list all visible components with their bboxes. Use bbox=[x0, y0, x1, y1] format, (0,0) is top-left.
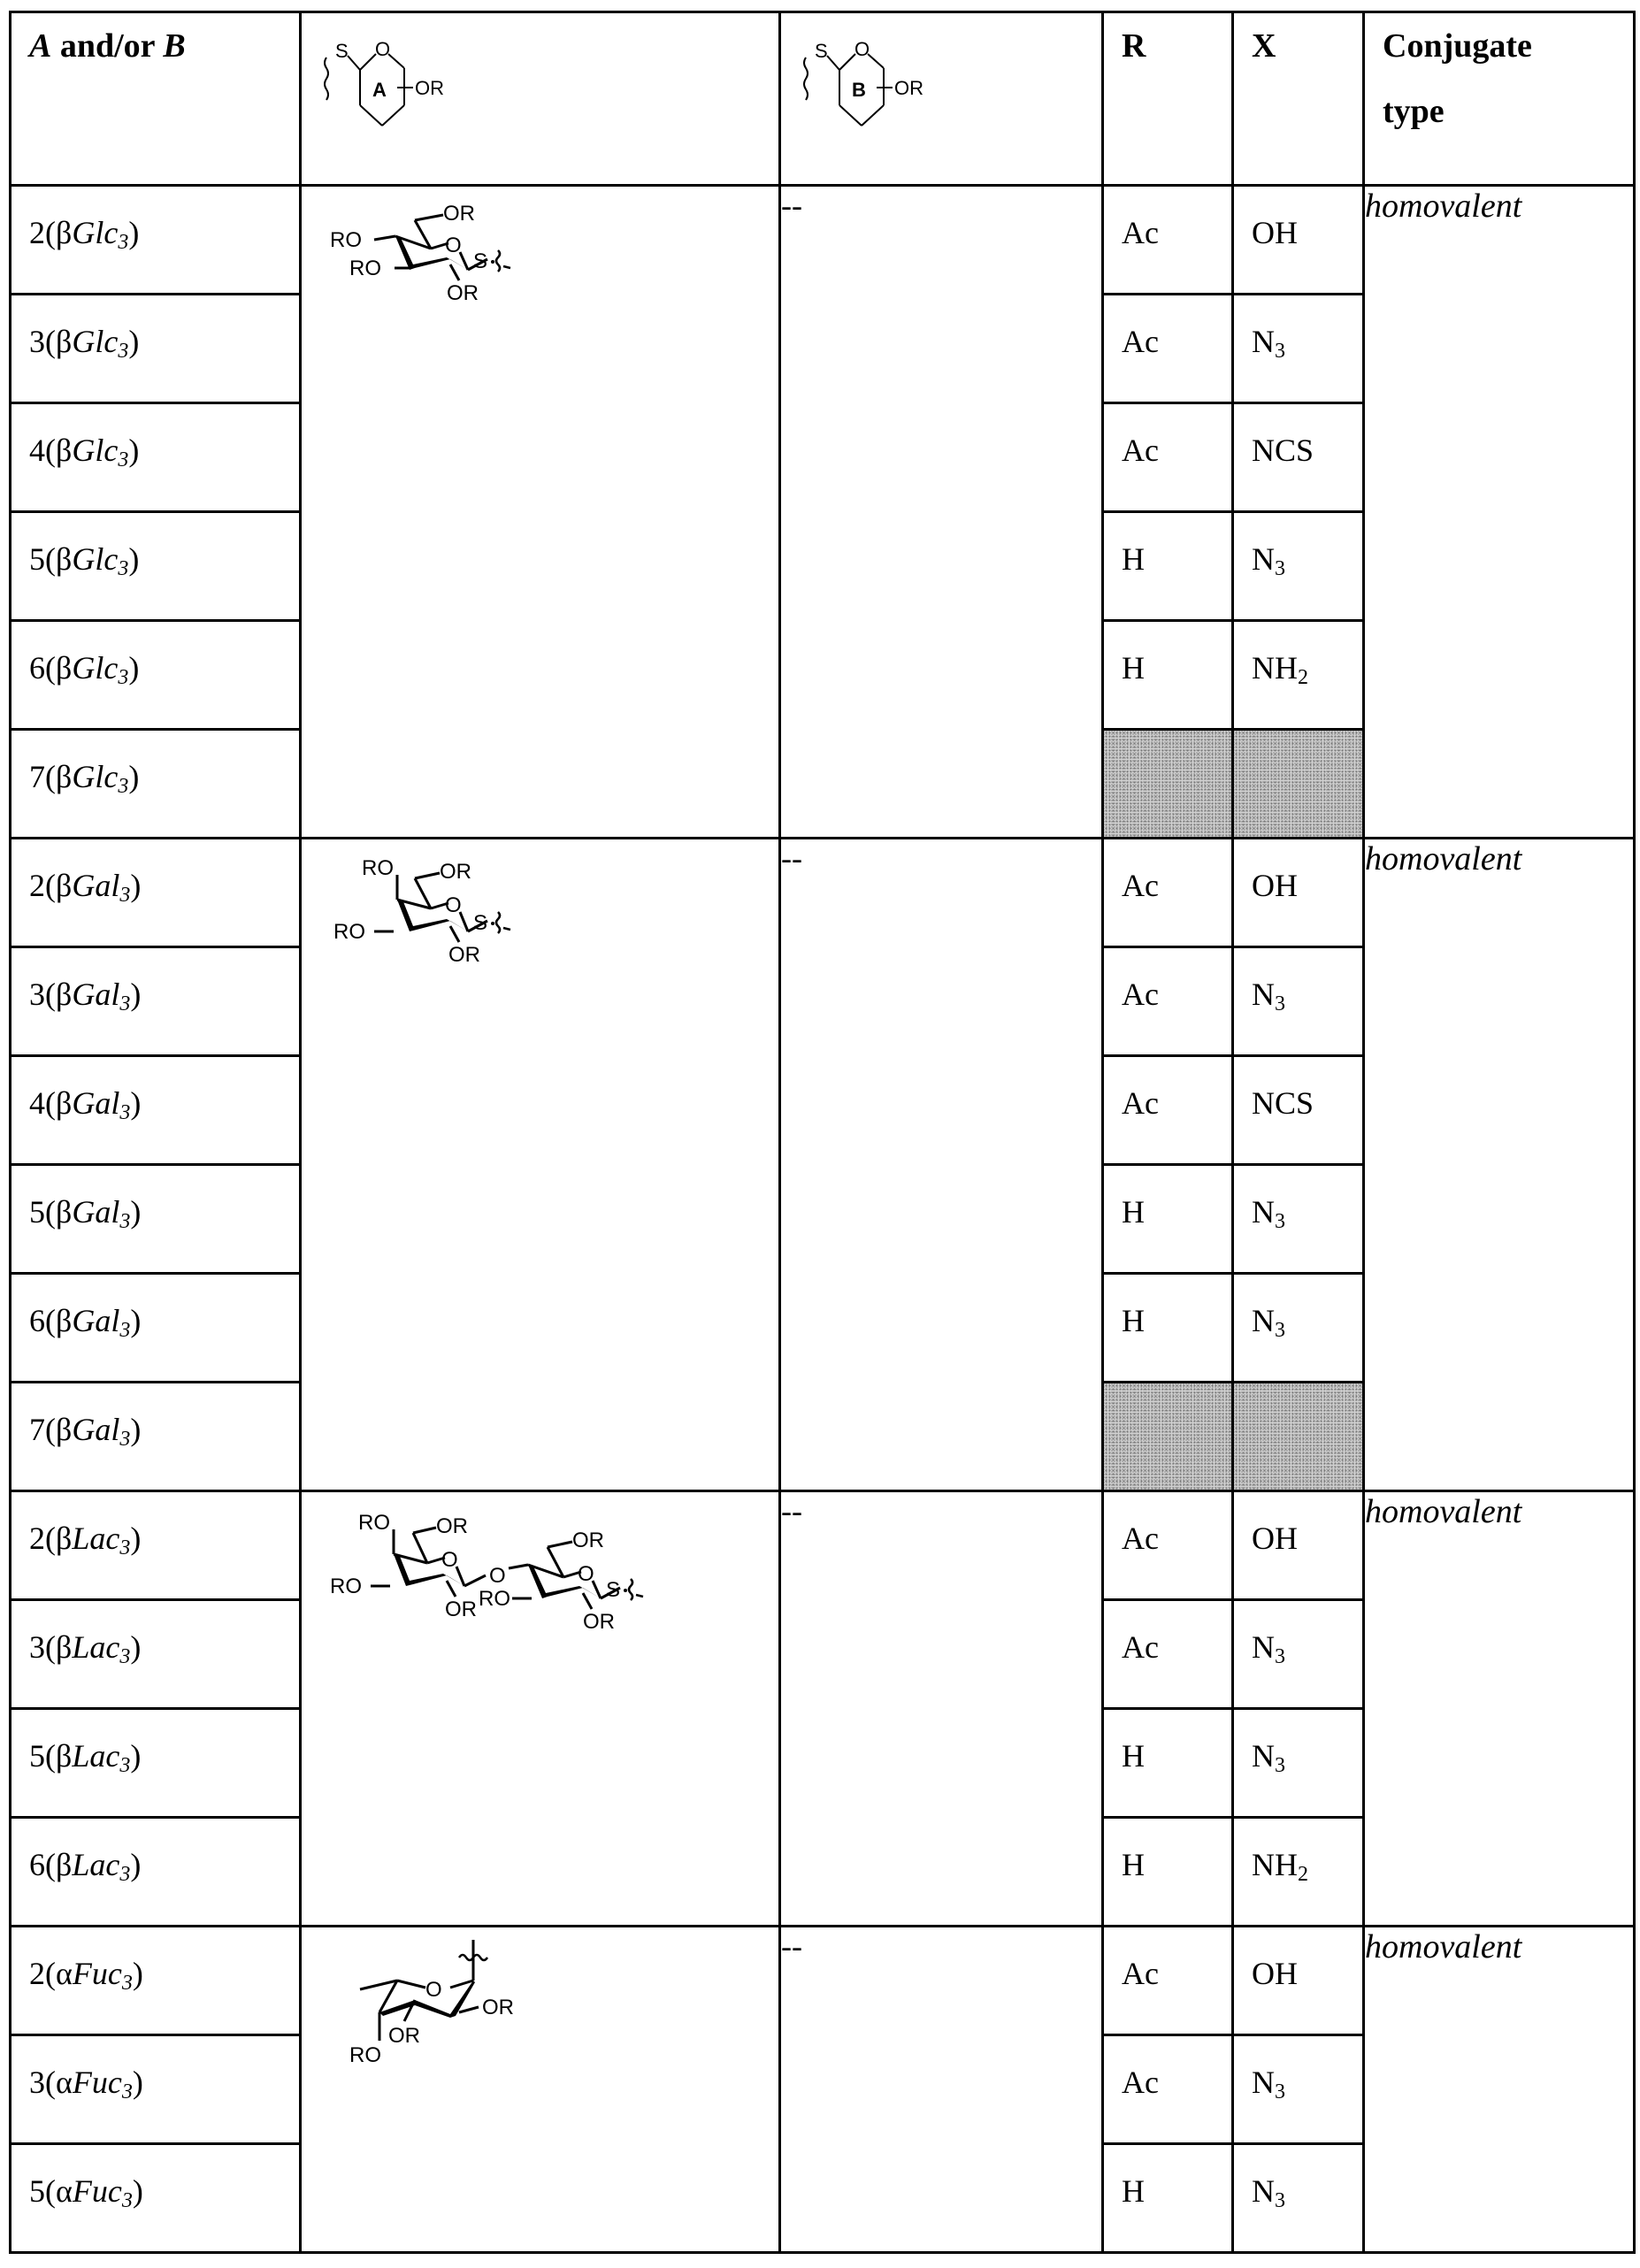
anomer: β bbox=[56, 1629, 72, 1665]
compound-label: 3(βLac3) bbox=[11, 1601, 299, 1667]
r-value: Ac bbox=[1104, 1927, 1231, 1993]
compound-label: 6(βLac3) bbox=[11, 1819, 299, 1884]
compound-cell: 3(αFuc3) bbox=[11, 2035, 301, 2144]
compound-cell: 7(βGlc3) bbox=[11, 730, 301, 839]
x-base: NCS bbox=[1252, 433, 1314, 468]
ring-b-value: -- bbox=[780, 1927, 1103, 2253]
r-value: H bbox=[1104, 2145, 1231, 2211]
table-row: 2(αFuc3) O OR OR RO --AcOHhomovalent bbox=[11, 1927, 1635, 2035]
anomer: β bbox=[56, 977, 72, 1012]
table-row: 2(βGlc3) RO RO OR O S OR --AcOHhomovalen… bbox=[11, 186, 1635, 295]
r-cell: H bbox=[1103, 512, 1233, 621]
r-value: Ac bbox=[1104, 295, 1231, 361]
sugar-code: Gal bbox=[72, 1194, 119, 1230]
svg-text:RO: RO bbox=[362, 856, 394, 880]
header-ring-a: S O A OR bbox=[301, 12, 780, 186]
anomer: β bbox=[56, 433, 72, 468]
header-r: R bbox=[1103, 12, 1233, 186]
r-value: H bbox=[1104, 1166, 1231, 1231]
valency-subscript: 3 bbox=[119, 1863, 130, 1886]
table-body: 2(βGlc3) RO RO OR O S OR --AcOHhomovalen… bbox=[11, 186, 1635, 2253]
svg-text:O: O bbox=[441, 1548, 458, 1572]
x-subscript: 3 bbox=[1275, 2080, 1285, 2103]
compound-number: 5 bbox=[29, 541, 45, 577]
x-cell: NH2 bbox=[1233, 1818, 1364, 1927]
compound-cell: 3(βGal3) bbox=[11, 947, 301, 1056]
compound-number: 6 bbox=[29, 650, 45, 686]
anomer: β bbox=[56, 1738, 72, 1774]
ring-a-structure-icon: S O A OR bbox=[321, 36, 551, 169]
conjugate-type: homovalent bbox=[1364, 1491, 1635, 1927]
sugar-code: Glc bbox=[72, 324, 118, 359]
compound-number: 3 bbox=[29, 977, 45, 1012]
svg-text:RO: RO bbox=[358, 1511, 390, 1535]
x-base: OH bbox=[1252, 1521, 1298, 1556]
valency-subscript: 3 bbox=[119, 1428, 130, 1451]
svg-text:OR: OR bbox=[440, 860, 471, 884]
r-cell: Ac bbox=[1103, 186, 1233, 295]
r-cell: Ac bbox=[1103, 1056, 1233, 1165]
valency-subscript: 3 bbox=[119, 1536, 130, 1559]
compound-number: 6 bbox=[29, 1303, 45, 1338]
compound-cell: 3(βLac3) bbox=[11, 1600, 301, 1709]
x-base: N bbox=[1252, 2173, 1275, 2209]
compound-label: 5(βGlc3) bbox=[11, 513, 299, 578]
r-cell: Ac bbox=[1103, 1491, 1233, 1600]
anomer: β bbox=[56, 1847, 72, 1882]
svg-text:O: O bbox=[854, 38, 870, 60]
sugar-code: Gal bbox=[72, 1085, 119, 1121]
conjugate-type: homovalent bbox=[1364, 839, 1635, 1491]
compound-cell: 3(βGlc3) bbox=[11, 295, 301, 403]
ring-b-value: -- bbox=[780, 839, 1103, 1491]
compound-cell: 6(βGal3) bbox=[11, 1274, 301, 1383]
lactose-structure-icon: RO OR O RO OR O RO OR O S OR bbox=[323, 1492, 783, 1634]
sugar-structure-cell: O OR OR RO bbox=[301, 1927, 780, 2253]
x-subscript: 3 bbox=[1275, 557, 1285, 580]
sugar-structure-cell: RO OR O RO S OR bbox=[301, 839, 780, 1491]
svg-text:O: O bbox=[578, 1562, 594, 1586]
valency-subscript: 3 bbox=[118, 340, 128, 363]
svg-text:OR: OR bbox=[894, 77, 923, 99]
svg-text:OR: OR bbox=[436, 1514, 468, 1538]
x-value: N3 bbox=[1234, 513, 1362, 578]
r-value: Ac bbox=[1104, 187, 1231, 252]
x-subscript: 3 bbox=[1275, 340, 1285, 363]
compound-cell: 5(βLac3) bbox=[11, 1709, 301, 1818]
compound-number: 3 bbox=[29, 1629, 45, 1665]
x-subscript: 2 bbox=[1298, 666, 1308, 689]
sugar-code: Gal bbox=[72, 977, 119, 1012]
valency-subscript: 3 bbox=[119, 1319, 130, 1342]
r-cell: H bbox=[1103, 1274, 1233, 1383]
x-base: N bbox=[1252, 2065, 1275, 2100]
x-base: N bbox=[1252, 1629, 1275, 1665]
sugar-code: Glc bbox=[72, 759, 118, 794]
x-cell: OH bbox=[1233, 186, 1364, 295]
valency-subscript: 3 bbox=[118, 775, 128, 798]
header-a-and-or-b: A and/or B bbox=[11, 12, 301, 186]
compound-number: 4 bbox=[29, 1085, 45, 1121]
x-base: NCS bbox=[1252, 1085, 1314, 1121]
sugar-code: Glc bbox=[72, 433, 118, 468]
table-row: 2(βLac3) RO bbox=[11, 1491, 1635, 1600]
compound-number: 4 bbox=[29, 433, 45, 468]
compound-number: 6 bbox=[29, 1847, 45, 1882]
svg-text:O: O bbox=[489, 1564, 506, 1588]
svg-text:RO: RO bbox=[349, 257, 381, 280]
r-cell bbox=[1103, 1383, 1233, 1491]
r-cell: H bbox=[1103, 2144, 1233, 2253]
r-value: Ac bbox=[1104, 839, 1231, 905]
svg-text:O: O bbox=[425, 1978, 442, 2002]
compound-cell: 4(βGlc3) bbox=[11, 403, 301, 512]
x-base: N bbox=[1252, 541, 1275, 577]
anomer: β bbox=[56, 1194, 72, 1230]
valency-subscript: 3 bbox=[118, 448, 128, 471]
r-cell: H bbox=[1103, 621, 1233, 730]
x-value: N3 bbox=[1234, 2036, 1362, 2102]
x-value: OH bbox=[1234, 1927, 1362, 1993]
svg-text:RO: RO bbox=[333, 920, 365, 944]
anomer: β bbox=[56, 541, 72, 577]
anomer: β bbox=[56, 1303, 72, 1338]
compound-label: 4(βGal3) bbox=[11, 1057, 299, 1123]
sugar-code: Glc bbox=[72, 541, 118, 577]
r-value: H bbox=[1104, 513, 1231, 578]
header-r-label: R bbox=[1104, 13, 1231, 79]
r-value: Ac bbox=[1104, 2036, 1231, 2102]
r-value: Ac bbox=[1104, 1057, 1231, 1123]
valency-subscript: 3 bbox=[119, 992, 130, 1015]
compound-cell: 7(βGal3) bbox=[11, 1383, 301, 1491]
x-cell: N3 bbox=[1233, 1600, 1364, 1709]
compound-cell: 5(βGal3) bbox=[11, 1165, 301, 1274]
anomer: α bbox=[56, 1956, 73, 1991]
compound-number: 2 bbox=[29, 1956, 45, 1991]
valency-subscript: 3 bbox=[118, 231, 128, 254]
sugar-code: Gal bbox=[72, 1412, 119, 1447]
r-value: Ac bbox=[1104, 948, 1231, 1014]
compound-cell: 2(βGlc3) bbox=[11, 186, 301, 295]
r-cell: Ac bbox=[1103, 1600, 1233, 1709]
compound-number: 3 bbox=[29, 324, 45, 359]
compound-cell: 2(βLac3) bbox=[11, 1491, 301, 1600]
compound-number: 2 bbox=[29, 868, 45, 903]
r-cell: H bbox=[1103, 1818, 1233, 1927]
svg-text:RO: RO bbox=[330, 1575, 362, 1598]
sugar-code: Lac bbox=[72, 1521, 119, 1556]
x-cell bbox=[1233, 1383, 1364, 1491]
header-x: X bbox=[1233, 12, 1364, 186]
sugar-code: Glc bbox=[72, 215, 118, 250]
ring-b-value: -- bbox=[780, 1491, 1103, 1927]
compound-label: 3(αFuc3) bbox=[11, 2036, 299, 2102]
r-cell: Ac bbox=[1103, 1927, 1233, 2035]
header-b-label: B bbox=[163, 27, 185, 65]
x-base: OH bbox=[1252, 868, 1298, 903]
anomer: β bbox=[56, 650, 72, 686]
compound-number: 5 bbox=[29, 2173, 45, 2209]
svg-text:O: O bbox=[375, 38, 390, 60]
valency-subscript: 3 bbox=[119, 1101, 130, 1124]
sugar-structure-cell: RO OR O RO OR O RO OR O S OR bbox=[301, 1491, 780, 1927]
x-cell bbox=[1233, 730, 1364, 839]
conjugate-type: homovalent bbox=[1364, 186, 1635, 839]
r-value: H bbox=[1104, 1819, 1231, 1884]
r-cell: H bbox=[1103, 1709, 1233, 1818]
compound-label: 6(βGal3) bbox=[11, 1275, 299, 1340]
compound-number: 5 bbox=[29, 1194, 45, 1230]
x-base: N bbox=[1252, 1303, 1275, 1338]
svg-text:OR: OR bbox=[447, 281, 479, 305]
r-value: H bbox=[1104, 1275, 1231, 1340]
compound-label: 5(αFuc3) bbox=[11, 2145, 299, 2211]
sugar-structure-cell: RO RO OR O S OR bbox=[301, 186, 780, 839]
svg-text:O: O bbox=[445, 893, 462, 917]
r-value: Ac bbox=[1104, 1492, 1231, 1558]
svg-text:S: S bbox=[815, 40, 828, 62]
compound-number: 7 bbox=[29, 759, 45, 794]
sugar-code: Gal bbox=[72, 868, 119, 903]
ring-b-structure-icon: S O B OR bbox=[801, 36, 1031, 169]
x-cell: OH bbox=[1233, 1491, 1364, 1600]
x-subscript: 3 bbox=[1275, 1210, 1285, 1233]
x-subscript: 3 bbox=[1275, 1319, 1285, 1342]
r-cell: Ac bbox=[1103, 2035, 1233, 2144]
compound-label: 7(βGal3) bbox=[11, 1383, 299, 1449]
anomer: β bbox=[56, 1521, 72, 1556]
x-base: NH bbox=[1252, 650, 1298, 686]
x-base: OH bbox=[1252, 1956, 1298, 1991]
x-cell: OH bbox=[1233, 839, 1364, 947]
valency-subscript: 3 bbox=[122, 2080, 133, 2103]
valency-subscript: 3 bbox=[119, 1210, 130, 1233]
compound-label: 2(βGal3) bbox=[11, 839, 299, 905]
anomer: β bbox=[56, 759, 72, 794]
r-cell: Ac bbox=[1103, 403, 1233, 512]
x-value: NH2 bbox=[1234, 622, 1362, 687]
header-ring-b: S O B OR bbox=[780, 12, 1103, 186]
x-cell: N3 bbox=[1233, 947, 1364, 1056]
svg-text:RO: RO bbox=[330, 228, 362, 252]
svg-text:S: S bbox=[473, 911, 487, 935]
valency-subscript: 3 bbox=[118, 557, 128, 580]
conjugate-table: A and/or B S bbox=[9, 11, 1636, 2254]
compound-cell: 5(βGlc3) bbox=[11, 512, 301, 621]
svg-text:RO: RO bbox=[479, 1587, 510, 1611]
header-and-or: and/or bbox=[51, 27, 163, 65]
compound-label: 4(βGlc3) bbox=[11, 404, 299, 470]
svg-text:O: O bbox=[445, 234, 462, 257]
anomer: β bbox=[56, 324, 72, 359]
compound-cell: 2(αFuc3) bbox=[11, 1927, 301, 2035]
x-value: N3 bbox=[1234, 295, 1362, 361]
x-value: N3 bbox=[1234, 1710, 1362, 1775]
svg-text:OR: OR bbox=[415, 77, 444, 99]
svg-text:OR: OR bbox=[482, 1996, 514, 2019]
svg-text:OR: OR bbox=[583, 1610, 615, 1634]
x-cell: NCS bbox=[1233, 1056, 1364, 1165]
compound-cell: 5(αFuc3) bbox=[11, 2144, 301, 2253]
sugar-code: Lac bbox=[72, 1738, 119, 1774]
x-value: OH bbox=[1234, 839, 1362, 905]
compound-number: 5 bbox=[29, 1738, 45, 1774]
x-base: N bbox=[1252, 977, 1275, 1012]
x-value: NCS bbox=[1234, 1057, 1362, 1123]
x-cell: N3 bbox=[1233, 1165, 1364, 1274]
x-base: OH bbox=[1252, 215, 1298, 250]
compound-number: 3 bbox=[29, 2065, 45, 2100]
x-base: N bbox=[1252, 1194, 1275, 1230]
x-subscript: 3 bbox=[1275, 1645, 1285, 1668]
header-row: A and/or B S bbox=[11, 12, 1635, 186]
r-value: H bbox=[1104, 622, 1231, 687]
svg-text:A: A bbox=[372, 79, 387, 101]
compound-label: 7(βGlc3) bbox=[11, 731, 299, 796]
anomer: β bbox=[56, 1085, 72, 1121]
x-value: OH bbox=[1234, 1492, 1362, 1558]
svg-text:OR: OR bbox=[443, 202, 475, 226]
r-value: Ac bbox=[1104, 1601, 1231, 1667]
anomer: β bbox=[56, 215, 72, 250]
compound-number: 7 bbox=[29, 1412, 45, 1447]
x-cell: N3 bbox=[1233, 1709, 1364, 1818]
svg-text:OR: OR bbox=[388, 2024, 420, 2048]
x-cell: N3 bbox=[1233, 2035, 1364, 2144]
x-cell: OH bbox=[1233, 1927, 1364, 2035]
anomer: β bbox=[56, 1412, 72, 1447]
x-value: OH bbox=[1234, 187, 1362, 252]
fucose-structure-icon: O OR OR RO bbox=[326, 1927, 592, 2078]
compound-label: 3(βGlc3) bbox=[11, 295, 299, 361]
valency-subscript: 3 bbox=[118, 666, 128, 689]
sugar-code: Gal bbox=[72, 1303, 119, 1338]
compound-cell: 6(βGlc3) bbox=[11, 621, 301, 730]
r-cell bbox=[1103, 730, 1233, 839]
x-cell: NH2 bbox=[1233, 621, 1364, 730]
r-cell: Ac bbox=[1103, 947, 1233, 1056]
x-base: N bbox=[1252, 1738, 1275, 1774]
galactose-structure-icon: RO OR O RO S OR bbox=[326, 839, 609, 972]
compound-number: 2 bbox=[29, 215, 45, 250]
compound-label: 5(βLac3) bbox=[11, 1710, 299, 1775]
compound-label: 2(αFuc3) bbox=[11, 1927, 299, 1993]
x-value: NH2 bbox=[1234, 1819, 1362, 1884]
header-x-label: X bbox=[1234, 13, 1362, 79]
sugar-code: Lac bbox=[72, 1629, 119, 1665]
compound-label: 6(βGlc3) bbox=[11, 622, 299, 687]
x-cell: N3 bbox=[1233, 295, 1364, 403]
sugar-code: Fuc bbox=[73, 1956, 122, 1991]
r-cell: H bbox=[1103, 1165, 1233, 1274]
x-base: NH bbox=[1252, 1847, 1298, 1882]
svg-text:S: S bbox=[335, 40, 349, 62]
x-value: N3 bbox=[1234, 948, 1362, 1014]
x-subscript: 3 bbox=[1275, 1754, 1285, 1777]
svg-text:OR: OR bbox=[448, 943, 480, 967]
svg-text:RO: RO bbox=[349, 2043, 381, 2067]
svg-text:B: B bbox=[852, 79, 866, 101]
anomer: β bbox=[56, 868, 72, 903]
valency-subscript: 3 bbox=[122, 2189, 133, 2212]
sugar-code: Fuc bbox=[73, 2173, 122, 2209]
sugar-code: Glc bbox=[72, 650, 118, 686]
svg-text:OR: OR bbox=[445, 1598, 477, 1621]
valency-subscript: 3 bbox=[119, 1754, 130, 1777]
svg-text:OR: OR bbox=[572, 1529, 604, 1552]
sugar-code: Fuc bbox=[73, 2065, 122, 2100]
valency-subscript: 3 bbox=[119, 884, 130, 907]
compound-label: 5(βGal3) bbox=[11, 1166, 299, 1231]
x-cell: N3 bbox=[1233, 1274, 1364, 1383]
r-value: H bbox=[1104, 1710, 1231, 1775]
header-conjugate-type: Conjugate type bbox=[1364, 12, 1635, 186]
x-cell: NCS bbox=[1233, 403, 1364, 512]
anomer: α bbox=[56, 2065, 73, 2100]
x-value: N3 bbox=[1234, 1601, 1362, 1667]
x-cell: N3 bbox=[1233, 512, 1364, 621]
compound-label: 2(βLac3) bbox=[11, 1492, 299, 1558]
x-subscript: 3 bbox=[1275, 992, 1285, 1015]
x-subscript: 2 bbox=[1298, 1863, 1308, 1886]
r-cell: Ac bbox=[1103, 839, 1233, 947]
conjugate-type: homovalent bbox=[1364, 1927, 1635, 2253]
compound-cell: 2(βGal3) bbox=[11, 839, 301, 947]
ring-b-value: -- bbox=[780, 186, 1103, 839]
r-cell: Ac bbox=[1103, 295, 1233, 403]
sugar-code: Lac bbox=[72, 1847, 119, 1882]
header-conjugate-line1: Conjugate bbox=[1383, 13, 1615, 79]
table-row: 2(βGal3) RO OR O RO S OR --AcOHhomovalen… bbox=[11, 839, 1635, 947]
anomer: α bbox=[56, 2173, 73, 2209]
compound-cell: 4(βGal3) bbox=[11, 1056, 301, 1165]
compound-cell: 6(βLac3) bbox=[11, 1818, 301, 1927]
header-a-label: A bbox=[29, 27, 51, 65]
r-value: Ac bbox=[1104, 404, 1231, 470]
svg-text:S: S bbox=[473, 249, 487, 273]
x-value: N3 bbox=[1234, 1166, 1362, 1231]
svg-text:S: S bbox=[606, 1578, 620, 1602]
x-value: N3 bbox=[1234, 2145, 1362, 2211]
compound-number: 2 bbox=[29, 1521, 45, 1556]
compound-label: 3(βGal3) bbox=[11, 948, 299, 1014]
compound-label: 2(βGlc3) bbox=[11, 187, 299, 252]
glucose-structure-icon: RO RO OR O S OR bbox=[326, 187, 609, 310]
x-base: N bbox=[1252, 324, 1275, 359]
x-value: N3 bbox=[1234, 1275, 1362, 1340]
x-subscript: 3 bbox=[1275, 2189, 1285, 2212]
valency-subscript: 3 bbox=[119, 1645, 130, 1668]
x-cell: N3 bbox=[1233, 2144, 1364, 2253]
valency-subscript: 3 bbox=[122, 1972, 133, 1995]
x-value: NCS bbox=[1234, 404, 1362, 470]
header-conjugate-line2: type bbox=[1383, 79, 1615, 144]
